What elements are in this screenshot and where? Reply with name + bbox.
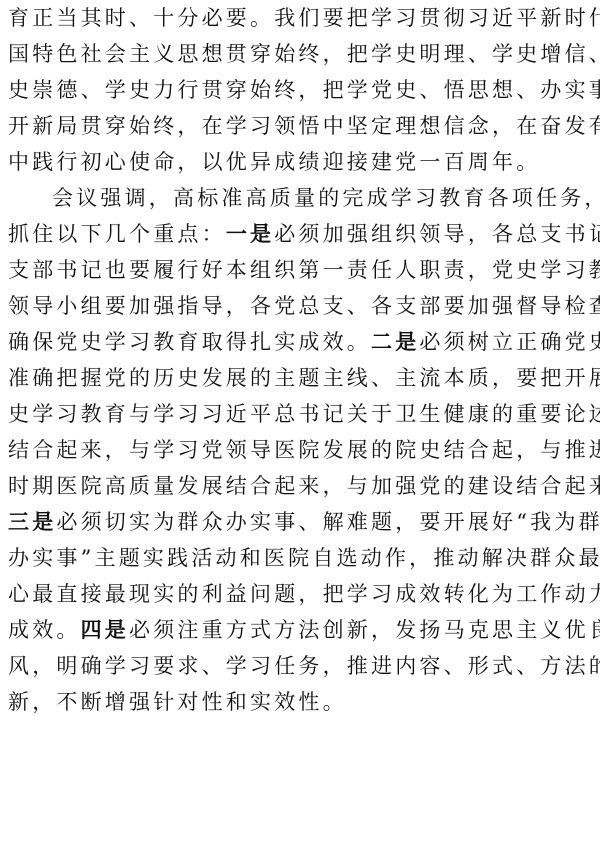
text-line-16: 办实事”主题实践活动和医院自选动作，推动解决群众最关	[8, 540, 588, 576]
text-run: 开新局贯穿始终，在学习领悟中坚定理想信念，在奋发有为	[8, 114, 600, 138]
text-run: 中践行初心使命，以优异成绩迎接建党一百周年。	[8, 150, 540, 174]
text-line-7: 抓住以下几个重点：一是必须加强组织领导，各总支书记、	[8, 216, 588, 252]
emphasis-point-one: 一是	[226, 221, 274, 246]
text-run: 支部书记也要履行好本组织第一责任人职责，党史学习教育	[8, 258, 600, 282]
emphasis-point-two: 二是	[371, 329, 419, 354]
text-line-5: 中践行初心使命，以优异成绩迎接建党一百周年。	[8, 144, 588, 180]
text-run: 办实事”主题实践活动和医院自选动作，推动解决群众最关	[8, 546, 600, 570]
text-line-19: 风，明确学习要求、学习任务，推进内容、形式、方法的创	[8, 648, 588, 684]
text-run: 必须注重方式方法创新，发扬马克思主义优良学	[129, 618, 600, 642]
text-line-8: 支部书记也要履行好本组织第一责任人职责，党史学习教育	[8, 252, 588, 288]
text-line-2: 国特色社会主义思想贯穿始终，把学史明理、学史增信、学	[8, 36, 588, 72]
text-line-11: 准确把握党的历史发展的主题主线、主流本质，要把开展党	[8, 360, 588, 396]
text-line-18: 成效。四是必须注重方式方法创新，发扬马克思主义优良学	[8, 612, 588, 648]
emphasis-point-three: 三是	[8, 509, 56, 534]
text-line-4: 开新局贯穿始终，在学习领悟中坚定理想信念，在奋发有为	[8, 108, 588, 144]
text-run: 时期医院高质量发展结合起来，与加强党的建设结合起来。	[8, 474, 600, 498]
text-run: 史学习教育与学习习近平总书记关于卫生健康的重要论述	[8, 402, 600, 426]
text-line-3: 史崇德、学史力行贯穿始终，把学党史、悟思想、办实事、	[8, 72, 588, 108]
text-line-14: 时期医院高质量发展结合起来，与加强党的建设结合起来。	[8, 468, 588, 504]
text-run: 准确把握党的历史发展的主题主线、主流本质，要把开展党	[8, 366, 600, 390]
text-line-9: 领导小组要加强指导，各党总支、各支部要加强督导检查，	[8, 288, 588, 324]
text-run: 必须切实为群众办实事、解难题，要开展好“我为群众	[56, 510, 600, 534]
text-run: 抓住以下几个重点：	[8, 222, 226, 246]
emphasis-point-four: 四是	[81, 617, 129, 642]
text-line-10: 确保党史学习教育取得扎实成效。二是必须树立正确党史观，	[8, 324, 588, 360]
text-run: 结合起来，与学习党领导医院发展的院史结合起，与推进新	[8, 438, 600, 462]
text-run: 必须加强组织领导，各总支书记、	[274, 222, 600, 246]
text-run: 必须树立正确党史观，	[419, 330, 600, 354]
text-run: 成效。	[8, 618, 81, 642]
paragraph-start-line: 会议强调，高标准高质量的完成学习教育各项任务，要	[8, 180, 588, 216]
text-run: 史崇德、学史力行贯穿始终，把学党史、悟思想、办实事、	[8, 78, 600, 102]
text-line-20: 新，不断增强针对性和实效性。	[8, 684, 588, 720]
text-run: 风，明确学习要求、学习任务，推进内容、形式、方法的创	[8, 654, 600, 678]
text-run: 新，不断增强针对性和实效性。	[8, 690, 347, 714]
text-run: 心最直接最现实的利益问题，把学习成效转化为工作动力和	[8, 582, 600, 606]
text-run: 育正当其时、十分必要。我们要把学习贯彻习近平新时代中	[8, 6, 600, 30]
text-line-12: 史学习教育与学习习近平总书记关于卫生健康的重要论述	[8, 396, 588, 432]
text-run: 确保党史学习教育取得扎实成效。	[8, 330, 371, 354]
text-run: 国特色社会主义思想贯穿始终，把学史明理、学史增信、学	[8, 42, 600, 66]
text-run: 领导小组要加强指导，各党总支、各支部要加强督导检查，	[8, 294, 600, 318]
text-line-1: 育正当其时、十分必要。我们要把学习贯彻习近平新时代中	[8, 0, 588, 36]
document-body: 育正当其时、十分必要。我们要把学习贯彻习近平新时代中 国特色社会主义思想贯穿始终…	[8, 0, 588, 720]
text-line-17: 心最直接最现实的利益问题，把学习成效转化为工作动力和	[8, 576, 588, 612]
text-line-15: 三是必须切实为群众办实事、解难题，要开展好“我为群众	[8, 504, 588, 540]
text-run: 会议强调，高标准高质量的完成学习教育各项任务，要	[52, 186, 600, 210]
text-line-13: 结合起来，与学习党领导医院发展的院史结合起，与推进新	[8, 432, 588, 468]
